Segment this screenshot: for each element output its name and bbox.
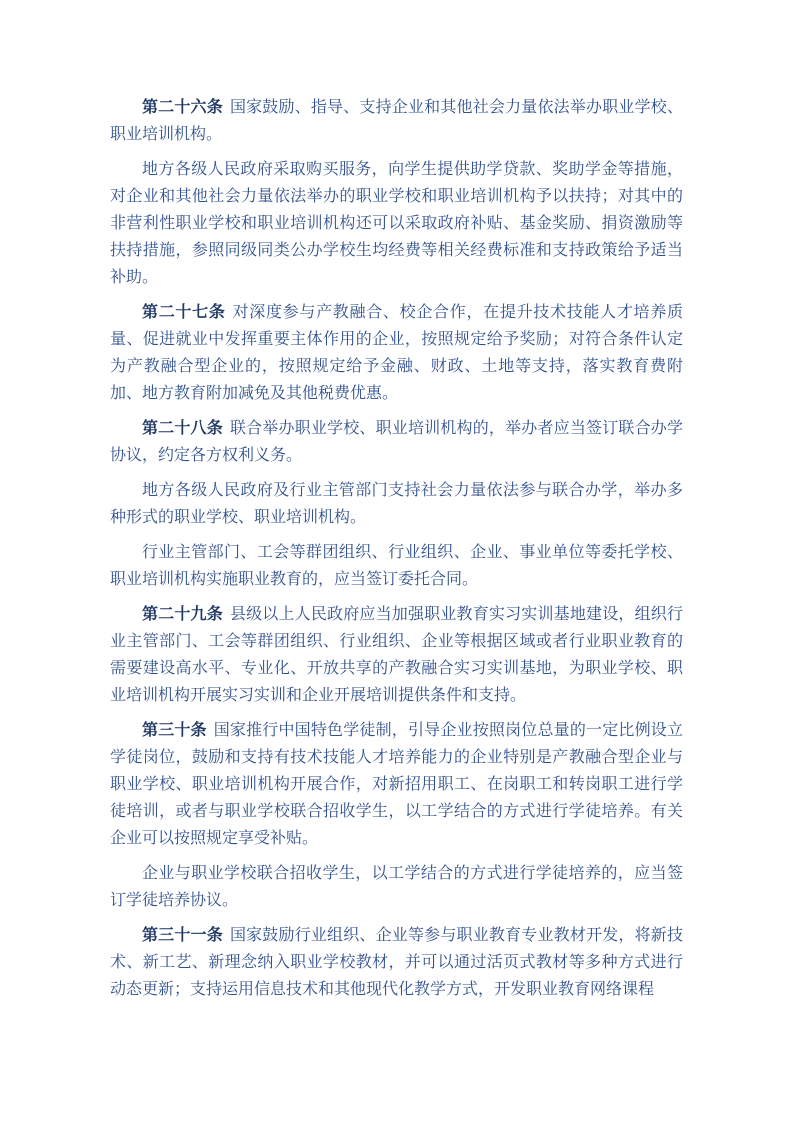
paragraph-text: 企业与职业学校联合招收学生，以工学结合的方式进行学徒培养的，应当签订学徒培养协议… xyxy=(110,865,683,909)
article-number-30: 第三十条 xyxy=(142,722,207,739)
paragraph-body: 行业主管部门、工会等群团组织、行业组织、企业、事业单位等委托学校、职业培训机构实… xyxy=(110,539,683,593)
paragraph-article-29: 第二十九条县级以上人民政府应当加强职业教育实习实训基地建设，组织行业主管部门、工… xyxy=(110,601,683,709)
article-number-27: 第二十七条 xyxy=(142,304,226,321)
paragraph-article-26: 第二十六条国家鼓励、指导、支持企业和其他社会力量依法举办职业学校、职业培训机构。 xyxy=(110,94,683,148)
paragraph-article-27: 第二十七条对深度参与产教融合、校企合作，在提升技术技能人才培养质量、促进就业中发… xyxy=(110,299,683,407)
paragraph-text: 行业主管部门、工会等群团组织、行业组织、企业、事业单位等委托学校、职业培训机构实… xyxy=(110,544,683,588)
paragraph-text: 国家推行中国特色学徒制，引导企业按照岗位总量的一定比例设立学徒岗位，鼓励和支持有… xyxy=(110,722,683,847)
document-page: 第二十六条国家鼓励、指导、支持企业和其他社会力量依法举办职业学校、职业培训机构。… xyxy=(0,0,793,1122)
article-number-31: 第三十一条 xyxy=(142,927,223,944)
paragraph-body: 地方各级人民政府及行业主管部门支持社会力量依法参与联合办学，举办多种形式的职业学… xyxy=(110,477,683,531)
paragraph-article-30: 第三十条国家推行中国特色学徒制，引导企业按照岗位总量的一定比例设立学徒岗位，鼓励… xyxy=(110,717,683,852)
paragraph-body: 企业与职业学校联合招收学生，以工学结合的方式进行学徒培养的，应当签订学徒培养协议… xyxy=(110,860,683,914)
paragraph-text: 地方各级人民政府及行业主管部门支持社会力量依法参与联合办学，举办多种形式的职业学… xyxy=(110,482,683,526)
paragraph-body: 地方各级人民政府采取购买服务，向学生提供助学贷款、奖助学金等措施，对企业和其他社… xyxy=(110,156,683,291)
paragraph-article-31: 第三十一条国家鼓励行业组织、企业等参与职业教育专业教材开发，将新技术、新工艺、新… xyxy=(110,922,683,1003)
paragraph-article-28: 第二十八条联合举办职业学校、职业培训机构的，举办者应当签订联合办学协议，约定各方… xyxy=(110,415,683,469)
article-number-29: 第二十九条 xyxy=(142,606,223,623)
paragraph-text: 地方各级人民政府采取购买服务，向学生提供助学贷款、奖助学金等措施，对企业和其他社… xyxy=(110,161,683,286)
article-number-26: 第二十六条 xyxy=(142,99,223,116)
article-number-28: 第二十八条 xyxy=(142,420,223,437)
